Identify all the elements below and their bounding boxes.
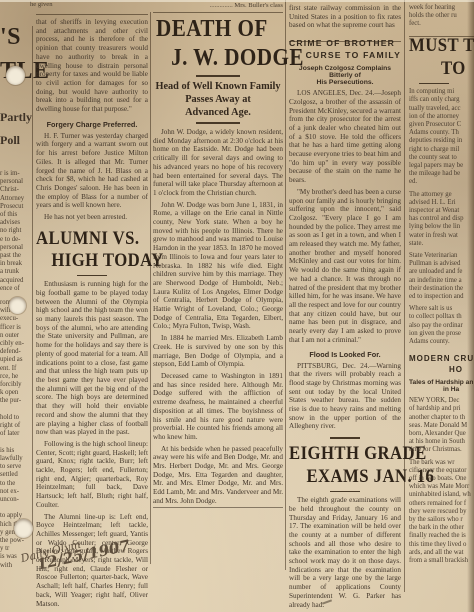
subhead-line: Tales of Hardship an	[409, 379, 474, 386]
headline-flood: Flood Is Looked For.	[289, 350, 401, 359]
subhead-crusoe: Tales of Hardship an in Ha	[409, 379, 474, 393]
article-fragment: State Veterinarian Pullman is advised ar…	[409, 252, 474, 301]
headline-forgery-charge: Forgery Charge Preferred.	[36, 120, 148, 129]
headline-divider	[419, 83, 449, 85]
subhead-line: Advanced Age.	[153, 107, 283, 118]
top-left-fragment: he given	[30, 1, 53, 8]
edge-text-fragment: r is im- personal Christ- Attorney Prose…	[0, 170, 30, 293]
article-paragraph: "My brother's deed has been a curse upon…	[289, 188, 401, 345]
subhead-line: Passes Away at	[153, 94, 283, 105]
subhead-line: Joseph Czolgosz Complains Bitterly of	[289, 65, 401, 79]
article-paragraph: Enthusiasm is running high for the big f…	[36, 280, 148, 437]
punch-hole	[6, 66, 25, 85]
subhead-czolgosz: Joseph Czolgosz Complains Bitterly of Hi…	[289, 65, 401, 86]
article-fragment: The bark was wr cific near the equator o…	[409, 459, 474, 566]
headline-exams-jan16: EXAMS JAN. 16	[289, 466, 401, 487]
article-fragment: The attorney ge advised H. L. Eri inspec…	[409, 191, 474, 248]
headline-text: TO	[441, 58, 466, 79]
headline-eighth-grade: EIGHTH GRADE	[289, 443, 401, 464]
article-paragraph: PITTSBURG, Dec. 24.—Warning that the riv…	[289, 362, 401, 432]
headline-divider	[330, 437, 360, 439]
article-paragraph: He has not yet been arrested.	[36, 213, 148, 222]
article-paragraph: John W. Dodge was born June 1, 1831, in …	[153, 201, 283, 332]
headline-divider	[196, 75, 240, 77]
article-paragraph: that of sheriffs in levying execution an…	[36, 18, 148, 114]
headline-text: J. W. DODGE	[171, 45, 304, 71]
headline-divider	[196, 122, 240, 124]
headline-divider	[330, 491, 360, 493]
section-rule	[153, 12, 283, 13]
headline-text: EIGHTH GRADE	[289, 443, 427, 464]
article-fragment: NEW YORK, Dec of hardship and pri anothe…	[409, 397, 474, 454]
headline-alumni-vs: ALUMNI VS.	[36, 228, 148, 249]
article-fragment: In computing mi iffs can only charg tual…	[409, 88, 474, 186]
subhead-line: Head of Well Known Family	[153, 81, 283, 92]
headline-curse-to-family: CURSE TO FAMILY	[289, 50, 401, 60]
column-rule	[150, 12, 151, 564]
headline-text: DEATH OF	[156, 16, 268, 42]
article-fragment: Where salt is us to collect polltax th a…	[409, 305, 474, 346]
column-3: first state railway commission in the Un…	[289, 4, 401, 612]
article-czolgosz: CRIME OF BROTHER CURSE TO FAMILY Joseph …	[289, 38, 401, 344]
article-must-travel: MUST TRA TO In computing mi iffs can onl…	[409, 35, 474, 347]
article-paragraph: At his bedside when he passed peacefully…	[153, 445, 283, 508]
headline-crime-of-brother: CRIME OF BROTHER	[289, 38, 401, 48]
column-top-fragment: first state railway commission in the Un…	[289, 4, 401, 30]
edge-big-letter: 'S	[0, 24, 30, 50]
edge-word: Poll	[0, 133, 30, 148]
punch-hole	[14, 519, 33, 538]
article-modern-crusoe: MODERN CRUSOE HO Tales of Hardship an in…	[409, 354, 474, 565]
column-rule	[285, 0, 286, 570]
section-rule	[36, 14, 148, 15]
article-eighth-grade-exams: EIGHTH GRADE EXAMS JAN. 16 The eighth gr…	[289, 437, 401, 609]
article-paragraph: Following is the high school lineup: Cen…	[36, 440, 148, 510]
headline-high-today: HIGH TODAY	[36, 250, 148, 271]
column-rule	[404, 0, 405, 592]
scan-edge-shadow	[467, 0, 474, 612]
subhead-line: His Persecutions.	[289, 79, 401, 86]
edge-word: Partly	[0, 110, 30, 125]
column-2: DEATH OF J. W. DODGE Head of Well Known …	[153, 16, 283, 511]
class-note: .............. Mrs. Buller's class	[153, 2, 283, 9]
article-paragraph: In 1884 he married Mrs. Elizabeth Lamb C…	[153, 334, 283, 369]
column-1: that of sheriffs in levying execution an…	[36, 18, 148, 611]
headline-modern-crusoe: MODERN CRUSOE	[409, 354, 474, 363]
headline-divider	[77, 275, 107, 277]
article-dodge-obituary: DEATH OF J. W. DODGE Head of Well Known …	[153, 16, 283, 508]
article-flood: Flood Is Looked For. PITTSBURG, Dec. 24.…	[289, 350, 401, 432]
article-paragraph: The eighth grade examinations will be he…	[289, 496, 401, 609]
headline-death-of: DEATH OF	[156, 16, 283, 42]
article-paragraph: Deceased came to Washington in 1891 and …	[153, 372, 283, 442]
column-rule	[32, 26, 33, 564]
article-paragraph: LOS ANGELES, Dec. 24.—Joseph Czolgosz, a…	[289, 89, 401, 185]
article-paragraph: John W. Dodge, a widely known resident, …	[153, 128, 283, 198]
column-4: week for hearing holds the other ru fect…	[409, 4, 474, 565]
article-sheriff-opinion: that of sheriffs in levying execution an…	[36, 18, 148, 114]
article-paragraph: H. F. Turner was yesterday charged with …	[36, 132, 148, 210]
headline-must-tra: MUST TRA	[409, 35, 474, 56]
headline-text: MUST TRA	[409, 35, 474, 56]
headline-text: HIGH TODAY	[51, 250, 163, 271]
scan-edge-highlight	[0, 0, 474, 2]
newspaper-clipping: he given .............. Mrs. Buller's cl…	[0, 0, 474, 612]
headline-jw-dodge: J. W. DODGE	[153, 45, 281, 71]
article-forgery-charge: Forgery Charge Preferred. H. F. Turner w…	[36, 120, 148, 222]
headline-text: ALUMNI VS.	[36, 228, 139, 249]
column-top-fragment: week for hearing holds the other ru fect…	[409, 4, 474, 29]
punch-hole	[9, 297, 26, 314]
